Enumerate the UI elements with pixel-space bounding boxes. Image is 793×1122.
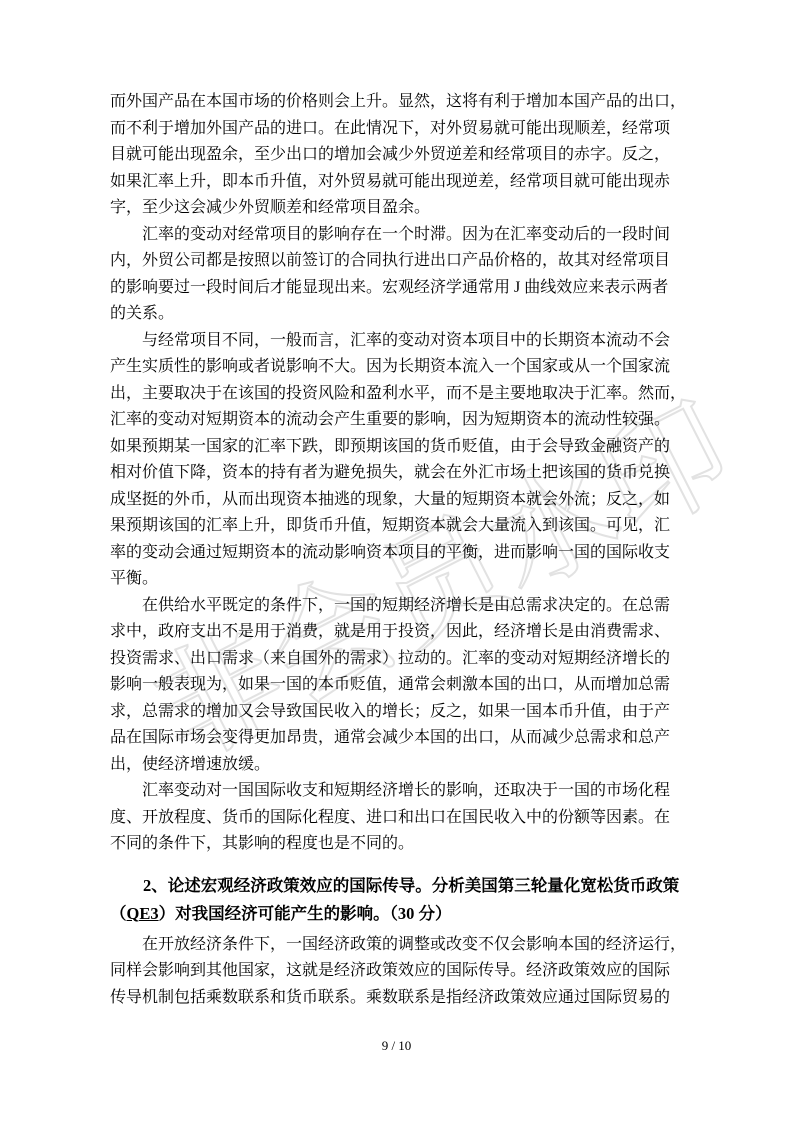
document-content: 而外国产品在本国市场的价格则会上升。显然，这将有利于增加本国产品的出口， 而不利…: [110, 89, 694, 1011]
paragraph-influence-factors: 汇率变动对一国国际收支和短期经济增长的影响，还取决于一国的市场化程 度、开放程度…: [110, 778, 694, 858]
heading-line2-prefix: （: [110, 904, 127, 923]
heading-line2-suffix: ）对我国经济可能产生的影响。（30 分）: [159, 904, 452, 923]
qe3-underlined-text: QE3: [127, 904, 159, 923]
paragraph-capital-account-effect: 与经常项目不同，一般而言，汇率的变动对资本项目中的长期资本流动不会 产生实质性的…: [110, 328, 694, 593]
paragraph-policy-international-transmission: 在开放经济条件下，一国经济政策的调整或改变不仅会影响本国的经济运行， 同样会影响…: [110, 932, 694, 1012]
heading-line1: 2、论述宏观经济政策效应的国际传导。分析美国第三轮量化宽松货币政策: [143, 876, 679, 895]
page-number: 9 / 10: [0, 1038, 793, 1054]
paragraph-exchange-rate-trade-effect: 而外国产品在本国市场的价格则会上升。显然，这将有利于增加本国产品的出口， 而不利…: [110, 89, 694, 222]
question-2-heading: 2、论述宏观经济政策效应的国际传导。分析美国第三轮量化宽松货币政策 （QE3）对…: [110, 872, 694, 928]
paragraph-current-account-time-lag: 汇率的变动对经常项目的影响存在一个时滞。因为在汇率变动后的一段时间 内，外贸公司…: [110, 222, 694, 328]
paragraph-short-term-growth-effect: 在供给水平既定的条件下，一国的短期经济增长是由总需求决定的。在总需 求中，政府支…: [110, 593, 694, 779]
document-page: 非会员水印 而外国产品在本国市场的价格则会上升。显然，这将有利于增加本国产品的出…: [0, 0, 793, 1122]
